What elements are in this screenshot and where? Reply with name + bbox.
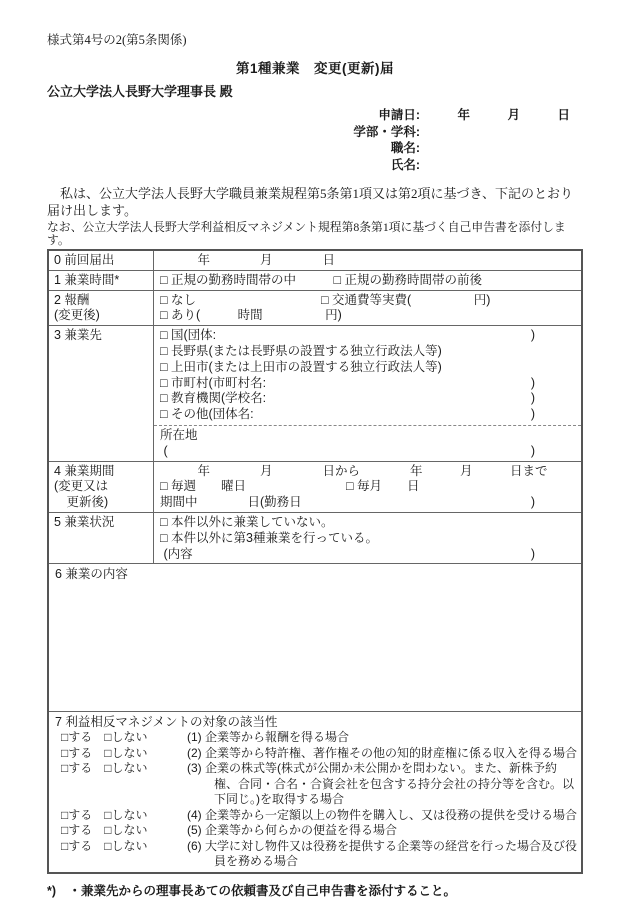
row-label-line: 5 兼業状況 (54, 515, 150, 531)
field-label-job-title: 職名: (305, 140, 420, 157)
table-row-2: 2 報酬(変更後)□ なし □ 交通費等実費( 円)□ あり( 時間 円) (49, 291, 581, 327)
item-text: (6) 大学に対し物件又は役務を提供する企業等の経営を行った場合及び役員を務める… (187, 839, 579, 870)
right-paren: ) (531, 376, 579, 392)
conflict-item: □する □しない(2) 企業等から特許権、著作権その他の知的財産権に係る収入を得… (55, 746, 579, 762)
item-text: (5) 企業等から何らかの便益を得る場合 (187, 823, 579, 839)
line-text: □ 国(団体: (160, 328, 216, 344)
item-text: (1) 企業等から報酬を得る場合 (187, 730, 579, 746)
table-row-0: 0 前回届出 年 月 日 (49, 251, 581, 271)
content-line: □ 本件以外に第3種兼業を行っている。 (160, 531, 579, 547)
row-label-cell: 1 兼業時間* (49, 271, 154, 290)
checkbox-options: □する □しない (61, 808, 187, 824)
document-page: 様式第4号の2(第5条関係) 第1種兼業 変更(更新)届 公立大学法人長野大学理… (0, 0, 630, 899)
row-content-cell: 年 月 日 (154, 251, 581, 270)
section-cell: 6 兼業の内容 (49, 564, 581, 711)
row-label-cell: 0 前回届出 (49, 251, 154, 270)
checkbox-options: □する □しない (61, 746, 187, 762)
item-text: (4) 企業等から一定額以上の物件を購入し、又は役務の提供を受ける場合 (187, 808, 579, 824)
line-text: □ 本件以外に兼業していない。 (160, 515, 334, 531)
conflict-item: □する □しない(4) 企業等から一定額以上の物件を購入し、又は役務の提供を受け… (55, 808, 579, 824)
row-label-cell: 4 兼業期間(変更又は 更新後) (49, 462, 154, 512)
row-label-cell: 2 報酬(変更後) (49, 291, 154, 326)
item-text: (2) 企業等から特許権、著作権その他の知的財産権に係る収入を得る場合 (187, 746, 579, 762)
content-line: □ 国(団体:) (160, 328, 579, 344)
field-name: 氏名: (305, 157, 583, 174)
addressee-line: 公立大学法人長野大学理事長 殿 (47, 84, 583, 99)
line-text: 年 月 日 (160, 253, 335, 269)
field-value-application-date: 年 月 日 (420, 107, 570, 124)
field-label-application-date: 申請日: (305, 107, 420, 124)
content-line: □ 毎週 曜日 □ 毎月 日 (160, 479, 579, 495)
row-content-cell: □ 本件以外に兼業していない。□ 本件以外に第3種兼業を行っている。 (内容) (154, 513, 581, 563)
field-job-title: 職名: (305, 140, 583, 157)
row-content-cell: □ なし □ 交通費等実費( 円)□ あり( 時間 円) (154, 291, 581, 326)
intro-paragraph: 私は、公立大学法人長野大学職員兼業規程第5条第1項又は第2項に基づき、下記のとお… (47, 186, 583, 219)
section-cell: 7 利益相反マネジメントの対象の該当性□する □しない(1) 企業等から報酬を得… (49, 712, 581, 872)
field-faculty-department: 学部・学科: (305, 124, 583, 141)
line-text: □ あり( 時間 円) (160, 308, 342, 324)
table-row-6: 6 兼業の内容 (49, 564, 581, 712)
right-paren: ) (531, 444, 579, 460)
conflict-item: □する □しない(6) 大学に対し物件又は役務を提供する企業等の経営を行った場合… (55, 839, 579, 870)
line-text: 年 月 日から 年 月 日まで (160, 464, 548, 480)
content-line: □ 長野県(または長野県の設置する独立行政法人等) (160, 344, 579, 360)
header-fields: 申請日: 年 月 日 学部・学科: 職名: 氏名: (305, 107, 583, 173)
field-label-faculty-department: 学部・学科: (305, 124, 420, 141)
line-text: □ 上田市(または上田市の設置する独立行政法人等) (160, 360, 442, 376)
field-application-date: 申請日: 年 月 日 (305, 107, 583, 124)
table-row-5: 5 兼業状況□ 本件以外に兼業していない。□ 本件以外に第3種兼業を行っている。… (49, 513, 581, 564)
page-title: 第1種兼業 変更(更新)届 (47, 61, 583, 76)
section-header: 6 兼業の内容 (55, 566, 579, 582)
row-label-line: 2 報酬 (54, 293, 150, 309)
row-label-line: 更新後) (54, 495, 150, 511)
intro-note: なお、公立大学法人長野大学利益相反マネジメント規程第8条第1項に基づく自己申告書… (47, 221, 583, 247)
line-text: □ 毎週 曜日 □ 毎月 日 (160, 479, 420, 495)
footnote: *) ・兼業先からの理事長あての依頼書及び自己申告書を添付すること。 (47, 884, 583, 899)
field-label-name: 氏名: (305, 157, 420, 174)
conflict-item: □する □しない(1) 企業等から報酬を得る場合 (55, 730, 579, 746)
content-line: □ 正規の勤務時間帯の中 □ 正規の勤務時間帯の前後 (160, 273, 579, 289)
row-label-line: 1 兼業時間* (54, 273, 150, 289)
checkbox-options: □する □しない (61, 761, 187, 808)
form-number: 様式第4号の2(第5条関係) (47, 33, 583, 47)
line-text: □ 正規の勤務時間帯の中 □ 正規の勤務時間帯の前後 (160, 273, 482, 289)
content-line: 年 月 日から 年 月 日まで (160, 464, 579, 480)
content-line: □ なし □ 交通費等実費( 円) (160, 293, 579, 309)
row-label-line: 0 前回届出 (54, 253, 150, 269)
row-label-line: (変更又は (54, 479, 150, 495)
line-text: □ 長野県(または長野県の設置する独立行政法人等) (160, 344, 442, 360)
line-text: 期間中 日(勤務日 (160, 495, 302, 511)
checkbox-options: □する □しない (61, 730, 187, 746)
checkbox-options: □する □しない (61, 823, 187, 839)
row-label-line: 4 兼業期間 (54, 464, 150, 480)
content-line: □ 教育機関(学校名:) (160, 391, 579, 407)
row-label-cell: 5 兼業状況 (49, 513, 154, 563)
content-line: □ 本件以外に兼業していない。 (160, 515, 579, 531)
line-text: □ その他(団体名: (160, 407, 254, 423)
line-text: □ 本件以外に第3種兼業を行っている。 (160, 531, 378, 547)
row-content-cell: □ 正規の勤務時間帯の中 □ 正規の勤務時間帯の前後 (154, 271, 581, 290)
content-line: □ あり( 時間 円) (160, 308, 579, 324)
table-row-4: 4 兼業期間(変更又は 更新後) 年 月 日から 年 月 日まで□ 毎週 曜日 … (49, 462, 581, 513)
content-line: (内容) (160, 547, 579, 563)
table-row-1: 1 兼業時間*□ 正規の勤務時間帯の中 □ 正規の勤務時間帯の前後 (49, 271, 581, 291)
conflict-item: □する □しない(3) 企業の株式等(株式が公開か未公開かを問わない。また、新株… (55, 761, 579, 808)
row-label-cell: 3 兼業先 (49, 326, 154, 460)
content-line: □ 上田市(または上田市の設置する独立行政法人等) (160, 360, 579, 376)
table-row-3: 3 兼業先□ 国(団体:)□ 長野県(または長野県の設置する独立行政法人等)□ … (49, 326, 581, 461)
dashed-divider (154, 425, 581, 426)
right-paren: ) (531, 391, 579, 407)
line-text: (内容 (160, 547, 193, 563)
content-line: 期間中 日(勤務日) (160, 495, 579, 511)
content-line: 年 月 日 (160, 253, 579, 269)
line-text: □ なし □ 交通費等実費( 円) (160, 293, 490, 309)
conflict-item: □する □しない(5) 企業等から何らかの便益を得る場合 (55, 823, 579, 839)
row-label-line: (変更後) (54, 308, 150, 324)
row-label-line: 3 兼業先 (54, 328, 150, 344)
line-text: □ 教育機関(学校名: (160, 391, 266, 407)
item-text: (3) 企業の株式等(株式が公開か未公開かを問わない。また、新株予約権、合同・合… (187, 761, 579, 808)
right-paren: ) (531, 547, 579, 563)
right-paren: ) (531, 328, 579, 344)
content-line: □ 市町村(市町村名:) (160, 376, 579, 392)
section-header: 7 利益相反マネジメントの対象の該当性 (55, 714, 579, 730)
right-paren: ) (531, 495, 579, 511)
line-text: ( (160, 444, 168, 460)
content-line: □ その他(団体名:) (160, 407, 579, 423)
table-row-7: 7 利益相反マネジメントの対象の該当性□する □しない(1) 企業等から報酬を得… (49, 712, 581, 872)
content-line: 所在地 (160, 428, 579, 444)
content-line: () (160, 444, 579, 460)
row-content-cell: □ 国(団体:)□ 長野県(または長野県の設置する独立行政法人等)□ 上田市(ま… (154, 326, 581, 460)
form-table: 0 前回届出 年 月 日1 兼業時間*□ 正規の勤務時間帯の中 □ 正規の勤務時… (47, 249, 583, 874)
line-text: □ 市町村(市町村名: (160, 376, 266, 392)
right-paren: ) (531, 407, 579, 423)
checkbox-options: □する □しない (61, 839, 187, 870)
line-text: 所在地 (160, 428, 198, 444)
row-content-cell: 年 月 日から 年 月 日まで□ 毎週 曜日 □ 毎月 日期間中 日(勤務日) (154, 462, 581, 512)
